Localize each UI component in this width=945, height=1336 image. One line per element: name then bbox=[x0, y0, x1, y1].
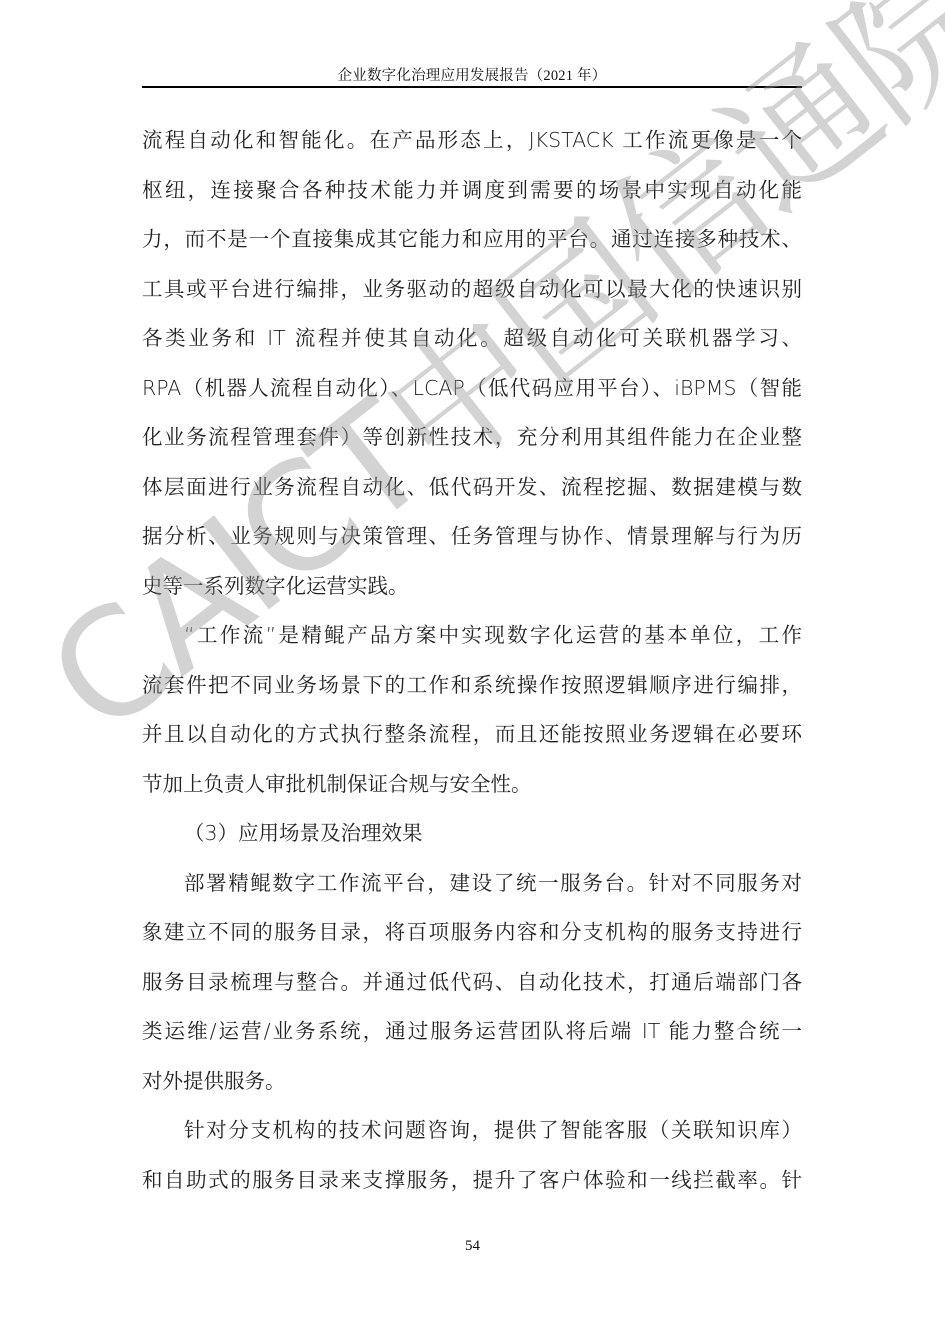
text-line: 据分析、业务规则与决策管理、任务管理与协作、情景理解与行为历 bbox=[142, 516, 802, 566]
document-page: 企业数字化治理应用发展报告（2021 年） 流程自动化和智能化。在产品形态上，J… bbox=[0, 0, 945, 1336]
header-divider bbox=[142, 86, 802, 88]
paragraph-first-line: 针对分支机构的技术问题咨询，提供了智能客服（关联知识库） bbox=[142, 1110, 802, 1160]
text-line: 对外提供服务。 bbox=[142, 1061, 802, 1111]
text-line: 力，而不是一个直接集成其它能力和应用的平台。通过连接多种技术、 bbox=[142, 219, 802, 269]
text-line: 史等一系列数字化运营实践。 bbox=[142, 566, 802, 616]
text-line: 类运维/运营/业务系统，通过服务运营团队将后端 IT 能力整合统一 bbox=[142, 1011, 802, 1061]
text-line: 象建立不同的服务目录，将百项服务内容和分支机构的服务支持进行 bbox=[142, 912, 802, 962]
text-line: 各类业务和 IT 流程并使其自动化。超级自动化可关联机器学习、 bbox=[142, 318, 802, 368]
section-heading: （3）应用场景及治理效果 bbox=[142, 813, 802, 863]
text-line: 枢纽，连接聚合各种技术能力并调度到需要的场景中实现自动化能 bbox=[142, 170, 802, 220]
running-header-title: 企业数字化治理应用发展报告（2021 年） bbox=[142, 64, 802, 85]
paragraph-first-line: “工作流”是精鲲产品方案中实现数字化运营的基本单位，工作 bbox=[142, 615, 802, 665]
text-line: 并且以自动化的方式执行整条流程，而且还能按照业务逻辑在必要环 bbox=[142, 714, 802, 764]
page-number: 54 bbox=[0, 1238, 945, 1255]
paragraph-first-line: 部署精鲲数字工作流平台，建设了统一服务台。针对不同服务对 bbox=[142, 863, 802, 913]
text-line: 工具或平台进行编排，业务驱动的超级自动化可以最大化的快速识别 bbox=[142, 269, 802, 319]
text-line: 服务目录梳理与整合。并通过低代码、自动化技术，打通后端部门各 bbox=[142, 962, 802, 1012]
text-line: 流程自动化和智能化。在产品形态上，JKSTACK 工作流更像是一个 bbox=[142, 120, 802, 170]
text-line: 流套件把不同业务场景下的工作和系统操作按照逻辑顺序进行编排， bbox=[142, 665, 802, 715]
text-line: RPA（机器人流程自动化）、LCAP（低代码应用平台）、iBPMS（智能 bbox=[142, 368, 802, 418]
text-line: 和自助式的服务目录来支撑服务，提升了客户体验和一线拦截率。针 bbox=[142, 1160, 802, 1210]
body-text: 流程自动化和智能化。在产品形态上，JKSTACK 工作流更像是一个 枢纽，连接聚… bbox=[142, 120, 802, 1209]
text-line: 体层面进行业务流程自动化、低代码开发、流程挖掘、数据建模与数 bbox=[142, 467, 802, 517]
text-line: 化业务流程管理套件）等创新性技术，充分利用其组件能力在企业整 bbox=[142, 417, 802, 467]
text-line: 节加上负责人审批机制保证合规与安全性。 bbox=[142, 764, 802, 814]
